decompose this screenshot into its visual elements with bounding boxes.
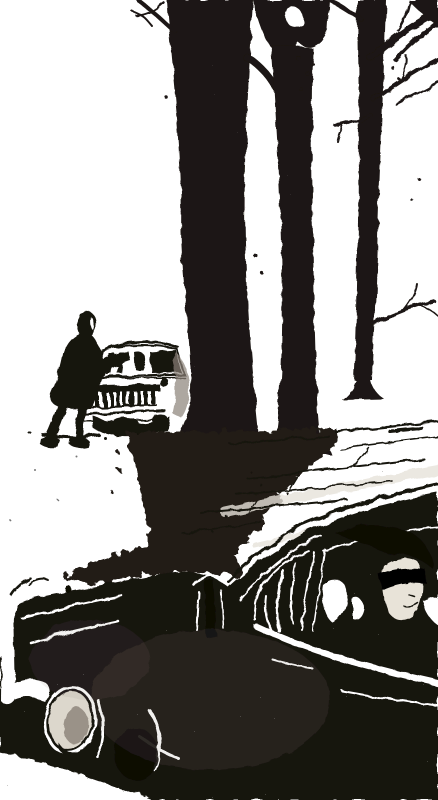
verge-speckle (406, 258, 432, 393)
pedestrian-leg (79, 406, 82, 437)
bg-car-headlight-right (160, 378, 169, 387)
bush-dot (118, 468, 122, 472)
tree-base-speckle (336, 396, 438, 438)
illustration-canvas: Man beside a parked car under bare trees… (0, 0, 438, 800)
ground-speckle (250, 445, 438, 473)
ground-dot (114, 433, 116, 435)
bg-car-wheel (152, 414, 168, 426)
bush-dot (116, 450, 120, 454)
bg-car-cowl-line (95, 377, 184, 378)
bush-dot (110, 490, 113, 493)
car-grain (0, 555, 438, 800)
halftone-illustration: High-contrast black-and-white halftone i… (0, 0, 438, 800)
bg-car-wheel (111, 417, 139, 431)
ground-dot (29, 432, 32, 435)
ground-dot (104, 437, 107, 440)
